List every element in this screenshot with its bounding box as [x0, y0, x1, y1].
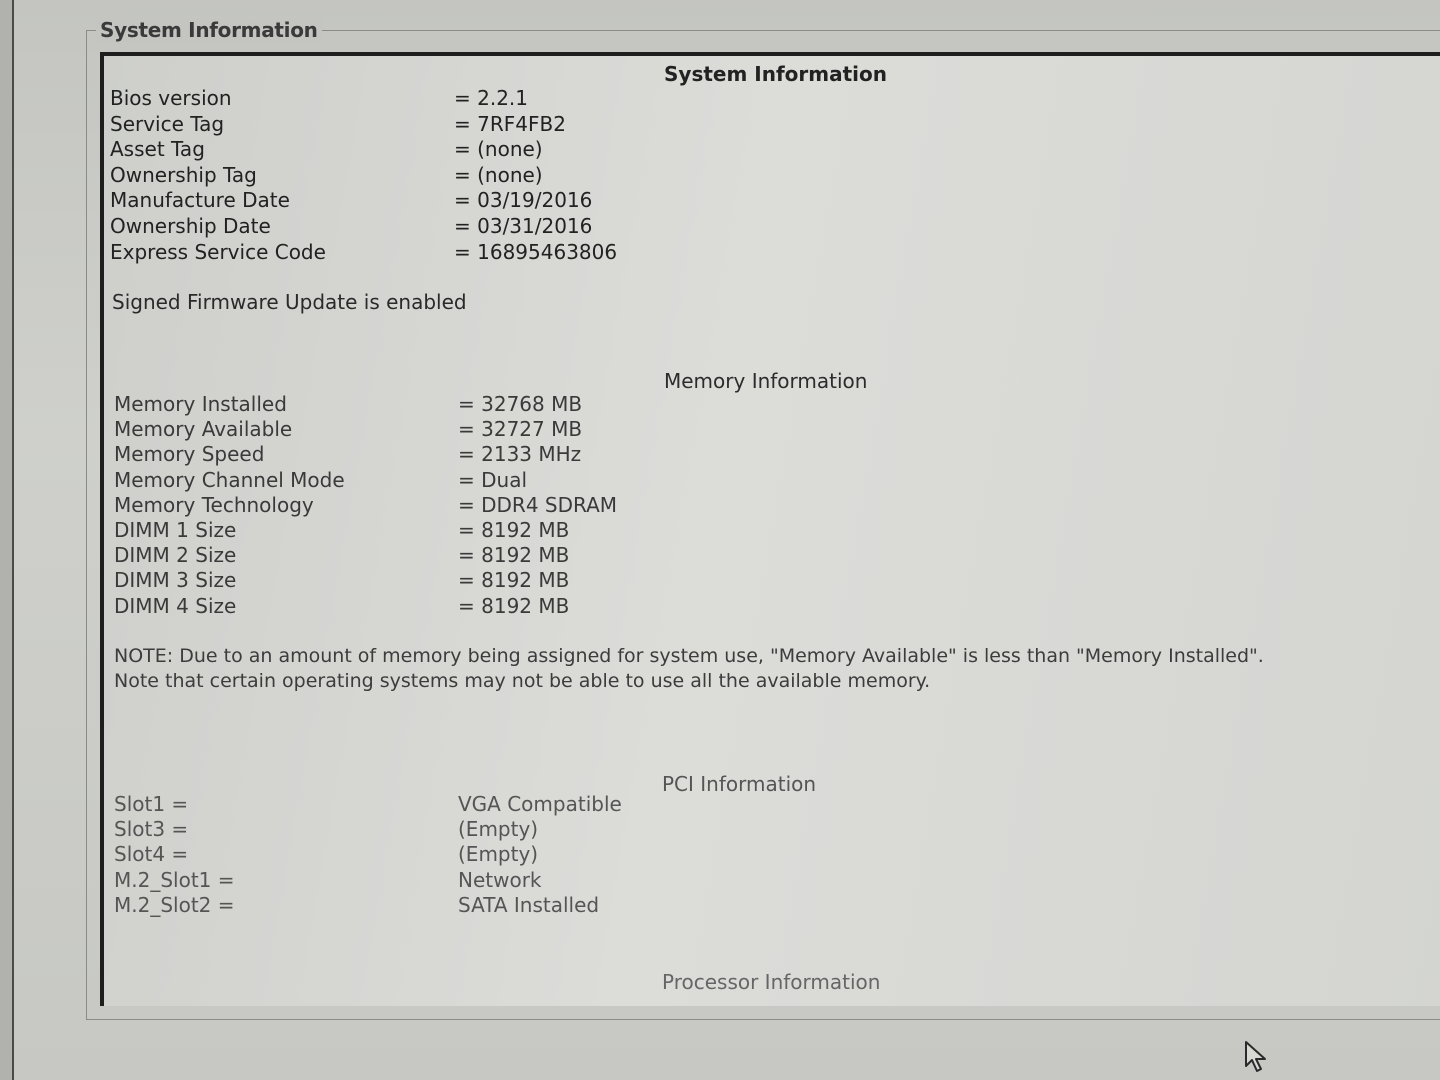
row-value: = DDR4 SDRAM: [458, 493, 617, 518]
row-label: Slot3 =: [114, 817, 188, 842]
row-label: DIMM 1 Size: [114, 518, 236, 543]
row-label: DIMM 4 Size: [114, 594, 236, 619]
row-value: SATA Installed: [458, 893, 599, 918]
mouse-pointer-icon: [1244, 1040, 1272, 1074]
signed-firmware-status: Signed Firmware Update is enabled: [112, 290, 467, 314]
processor-information-heading: Processor Information: [662, 970, 880, 994]
row-value: = 8192 MB: [458, 543, 569, 568]
row-label: Slot1 =: [114, 792, 188, 817]
row-label: Memory Channel Mode: [114, 468, 345, 493]
row-label: Manufacture Date: [110, 188, 290, 213]
row-label: Bios version: [110, 86, 232, 111]
pci-information-heading: PCI Information: [662, 772, 816, 796]
row-label: DIMM 3 Size: [114, 568, 236, 593]
row-value: = 03/31/2016: [454, 214, 592, 239]
row-label: Asset Tag: [110, 137, 205, 162]
information-scroll-panel[interactable]: [100, 52, 1440, 1006]
row-value: = 03/19/2016: [454, 188, 592, 213]
row-value: (Empty): [458, 817, 538, 842]
row-label: Memory Installed: [114, 392, 287, 417]
row-label: M.2_Slot1 =: [114, 868, 235, 893]
row-value: VGA Compatible: [458, 792, 622, 817]
groupbox-title: System Information: [96, 18, 322, 42]
row-value: = 8192 MB: [458, 594, 569, 619]
row-label: Memory Speed: [114, 442, 264, 467]
row-value: = (none): [454, 163, 543, 188]
row-value: (Empty): [458, 842, 538, 867]
row-value: = Dual: [458, 468, 527, 493]
row-value: = 8192 MB: [458, 568, 569, 593]
row-label: DIMM 2 Size: [114, 543, 236, 568]
row-label: Express Service Code: [110, 240, 326, 265]
row-label: Ownership Tag: [110, 163, 257, 188]
row-value: = 32727 MB: [458, 417, 582, 442]
row-label: Memory Available: [114, 417, 292, 442]
memory-note: NOTE: Due to an amount of memory being a…: [114, 644, 1304, 694]
row-label: Slot4 =: [114, 842, 188, 867]
row-value: = (none): [454, 137, 543, 162]
row-value: = 32768 MB: [458, 392, 582, 417]
row-value: = 2.2.1: [454, 86, 528, 111]
system-information-heading: System Information: [664, 62, 887, 86]
row-value: = 7RF4FB2: [454, 112, 566, 137]
row-value: = 2133 MHz: [458, 442, 581, 467]
navigation-pane-edge: [0, 0, 14, 1080]
bios-screen: System Information System Information Bi…: [0, 0, 1440, 1080]
row-label: Service Tag: [110, 112, 224, 137]
row-value: = 16895463806: [454, 240, 617, 265]
row-label: M.2_Slot2 =: [114, 893, 235, 918]
row-label: Ownership Date: [110, 214, 271, 239]
memory-information-heading: Memory Information: [664, 369, 867, 393]
row-value: Network: [458, 868, 542, 893]
row-label: Memory Technology: [114, 493, 314, 518]
row-value: = 8192 MB: [458, 518, 569, 543]
